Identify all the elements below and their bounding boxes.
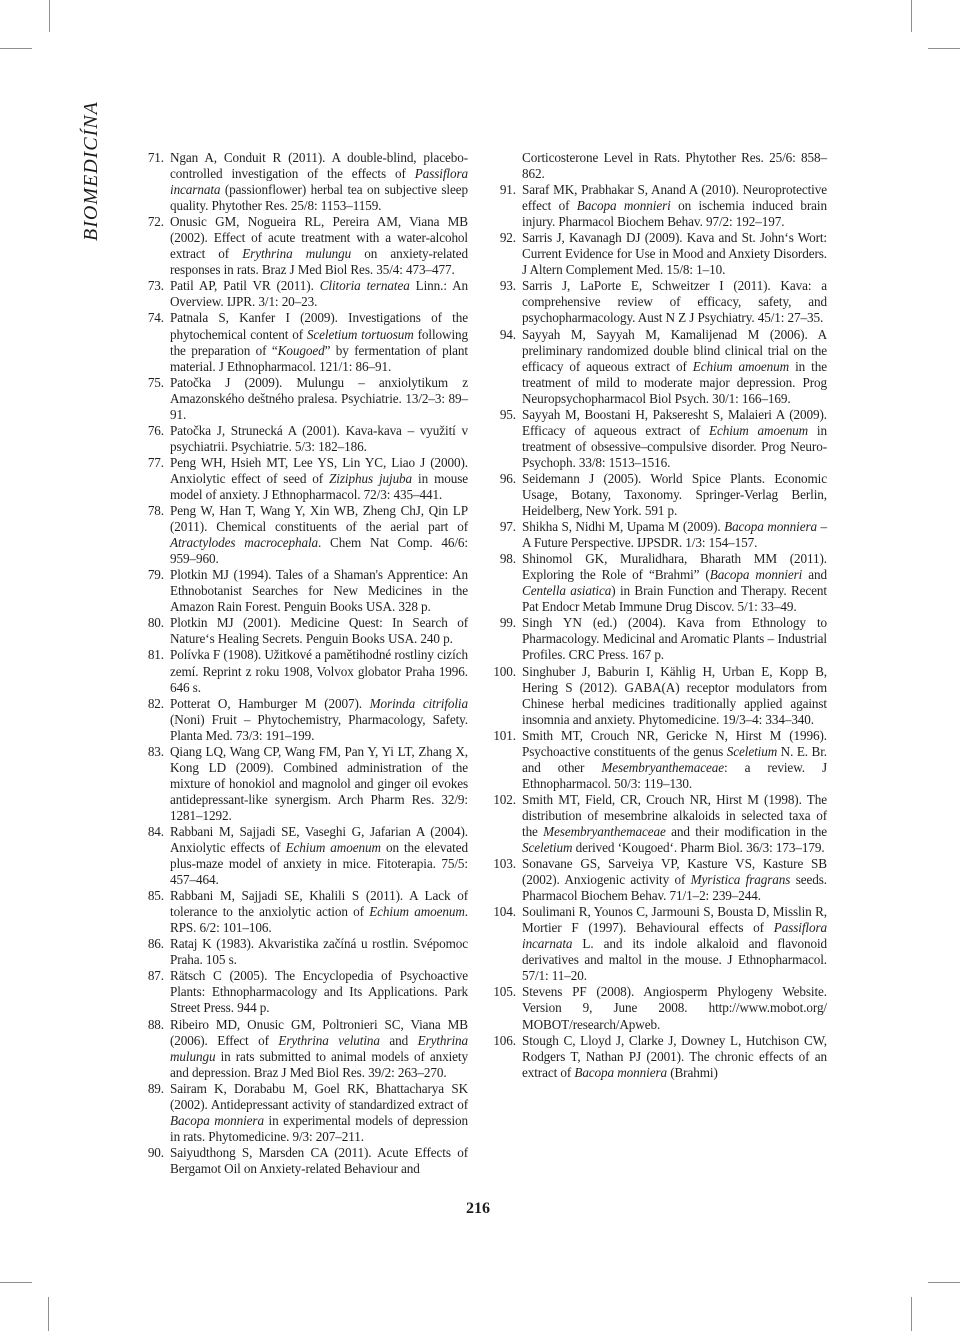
reference-item: 88.Ribeiro MD, Onusic GM, Poltronieri SC… (137, 1017, 468, 1081)
reference-text: Singh YN (ed.) (2004). Kava from Ethnolo… (522, 615, 827, 663)
reference-text: Corticosterone Level in Rats. Phytother … (522, 150, 827, 182)
reference-item: 105.Stevens PF (2008). Angiosperm Phylog… (489, 984, 827, 1032)
references-column-right: Corticosterone Level in Rats. Phytother … (489, 150, 827, 1081)
reference-text: Sarris J, Kavanagh DJ (2009). Kava and S… (522, 230, 827, 278)
reference-text: Rätsch C (2005). The Encyclopedia of Psy… (170, 968, 468, 1016)
reference-number: 98. (489, 551, 516, 615)
reference-text: Polívka F (1908). Užitkové a pamětihodné… (170, 647, 468, 695)
reference-number: 97. (489, 519, 516, 551)
reference-item: 106.Stough C, Lloyd J, Clarke J, Downey … (489, 1033, 827, 1081)
reference-text: Rabbani M, Sajjadi SE, Khalili S (2011).… (170, 888, 468, 936)
reference-item: 89.Sairam K, Dorababu M, Goel RK, Bhatta… (137, 1081, 468, 1145)
reference-text: Smith MT, Field, CR, Crouch NR, Hirst M … (522, 792, 827, 856)
crop-mark-bottom-left-vertical (48, 1297, 49, 1331)
reference-item: 98.Shinomol GK, Muralidhara, Bharath MM … (489, 551, 827, 615)
page-number: 216 (450, 1200, 506, 1218)
reference-number: 92. (489, 230, 516, 278)
reference-text: Patočka J (2009). Mulungu – anxiolytikum… (170, 375, 468, 423)
reference-number (489, 150, 516, 182)
reference-number: 100. (489, 664, 516, 728)
reference-number: 94. (489, 327, 516, 407)
reference-item: 87.Rätsch C (2005). The Encyclopedia of … (137, 968, 468, 1016)
reference-text: Peng WH, Hsieh MT, Lee YS, Lin YC, Liao … (170, 455, 468, 503)
reference-text: Sonavane GS, Sarveiya VP, Kasture VS, Ka… (522, 856, 827, 904)
reference-item: 74.Patnala S, Kanfer I (2009). Investiga… (137, 310, 468, 374)
reference-text: Plotkin MJ (1994). Tales of a Shaman's A… (170, 567, 468, 615)
reference-number: 104. (489, 904, 516, 984)
reference-item: 99.Singh YN (ed.) (2004). Kava from Ethn… (489, 615, 827, 663)
reference-number: 88. (137, 1017, 164, 1081)
references-column-left: 71.Ngan A, Conduit R (2011). A double-bl… (137, 150, 468, 1177)
reference-text: Patnala S, Kanfer I (2009). Investigatio… (170, 310, 468, 374)
crop-mark-top-right-horizontal (928, 48, 960, 49)
reference-text: Onusic GM, Nogueira RL, Pereira AM, Vian… (170, 214, 468, 278)
reference-number: 73. (137, 278, 164, 310)
reference-number: 96. (489, 471, 516, 519)
reference-text: Patočka J, Strunecká A (2001). Kava-kava… (170, 423, 468, 455)
reference-item: 95.Sayyah M, Boostani H, Pakseresht S, M… (489, 407, 827, 471)
reference-item: 96.Seidemann J (2005). World Spice Plant… (489, 471, 827, 519)
reference-text: Peng W, Han T, Wang Y, Xin WB, Zheng ChJ… (170, 503, 468, 567)
crop-mark-bottom-right-horizontal (928, 1282, 960, 1283)
reference-number: 99. (489, 615, 516, 663)
reference-item: 80.Plotkin MJ (2001). Medicine Quest: In… (137, 615, 468, 647)
reference-item: Corticosterone Level in Rats. Phytother … (489, 150, 827, 182)
reference-text: Smith MT, Crouch NR, Gericke N, Hirst M … (522, 728, 827, 792)
reference-item: 100.Singhuber J, Baburin I, Kählig H, Ur… (489, 664, 827, 728)
reference-item: 79.Plotkin MJ (1994). Tales of a Shaman'… (137, 567, 468, 615)
reference-number: 102. (489, 792, 516, 856)
reference-text: Stevens PF (2008). Angiosperm Phylogeny … (522, 984, 827, 1032)
reference-number: 81. (137, 647, 164, 695)
reference-item: 97.Shikha S, Nidhi M, Upama M (2009). Ba… (489, 519, 827, 551)
reference-number: 83. (137, 744, 164, 824)
reference-number: 90. (137, 1145, 164, 1177)
reference-text: Plotkin MJ (2001). Medicine Quest: In Se… (170, 615, 468, 647)
reference-item: 71.Ngan A, Conduit R (2011). A double-bl… (137, 150, 468, 214)
reference-text: Saraf MK, Prabhakar S, Anand A (2010). N… (522, 182, 827, 230)
reference-text: Ribeiro MD, Onusic GM, Poltronieri SC, V… (170, 1017, 468, 1081)
reference-number: 78. (137, 503, 164, 567)
crop-mark-bottom-right-vertical (911, 1297, 912, 1331)
reference-item: 102.Smith MT, Field, CR, Crouch NR, Hirs… (489, 792, 827, 856)
reference-number: 86. (137, 936, 164, 968)
reference-number: 80. (137, 615, 164, 647)
reference-item: 86.Rataj K (1983). Akvaristika začíná u … (137, 936, 468, 968)
journal-side-label: BIOMEDICÍNA (80, 101, 103, 241)
reference-number: 89. (137, 1081, 164, 1145)
reference-number: 76. (137, 423, 164, 455)
reference-number: 103. (489, 856, 516, 904)
reference-text: Shikha S, Nidhi M, Upama M (2009). Bacop… (522, 519, 827, 551)
reference-text: Sairam K, Dorababu M, Goel RK, Bhattacha… (170, 1081, 468, 1145)
reference-item: 103.Sonavane GS, Sarveiya VP, Kasture VS… (489, 856, 827, 904)
reference-item: 90.Saiyudthong S, Marsden CA (2011). Acu… (137, 1145, 468, 1177)
crop-mark-top-right-vertical (911, 0, 912, 32)
reference-text: Potterat O, Hamburger M (2007). Morinda … (170, 696, 468, 744)
reference-number: 91. (489, 182, 516, 230)
reference-item: 93.Sarris J, LaPorte E, Schweitzer I (20… (489, 278, 827, 326)
reference-text: Qiang LQ, Wang CP, Wang FM, Pan Y, Yi LT… (170, 744, 468, 824)
reference-item: 73.Patil AP, Patil VR (2011). Clitoria t… (137, 278, 468, 310)
reference-item: 75.Patočka J (2009). Mulungu – anxiolyti… (137, 375, 468, 423)
reference-item: 78.Peng W, Han T, Wang Y, Xin WB, Zheng … (137, 503, 468, 567)
reference-item: 101.Smith MT, Crouch NR, Gericke N, Hirs… (489, 728, 827, 792)
reference-item: 82.Potterat O, Hamburger M (2007). Morin… (137, 696, 468, 744)
reference-text: Saiyudthong S, Marsden CA (2011). Acute … (170, 1145, 468, 1177)
reference-item: 81.Polívka F (1908). Užitkové a pamětiho… (137, 647, 468, 695)
reference-item: 94.Sayyah M, Sayyah M, Kamalijenad M (20… (489, 327, 827, 407)
reference-number: 87. (137, 968, 164, 1016)
reference-number: 72. (137, 214, 164, 278)
reference-text: Patil AP, Patil VR (2011). Clitoria tern… (170, 278, 468, 310)
reference-number: 79. (137, 567, 164, 615)
reference-number: 77. (137, 455, 164, 503)
crop-mark-top-left-vertical (49, 0, 50, 32)
reference-text: Singhuber J, Baburin I, Kählig H, Urban … (522, 664, 827, 728)
reference-number: 95. (489, 407, 516, 471)
reference-number: 93. (489, 278, 516, 326)
reference-text: Sayyah M, Sayyah M, Kamalijenad M (2006)… (522, 327, 827, 407)
reference-item: 84.Rabbani M, Sajjadi SE, Vaseghi G, Jaf… (137, 824, 468, 888)
reference-text: Sarris J, LaPorte E, Schweitzer I (2011)… (522, 278, 827, 326)
journal-page: BIOMEDICÍNA 71.Ngan A, Conduit R (2011).… (0, 0, 960, 1331)
reference-text: Rabbani M, Sajjadi SE, Vaseghi G, Jafari… (170, 824, 468, 888)
reference-item: 77.Peng WH, Hsieh MT, Lee YS, Lin YC, Li… (137, 455, 468, 503)
reference-number: 106. (489, 1033, 516, 1081)
reference-number: 84. (137, 824, 164, 888)
reference-item: 83.Qiang LQ, Wang CP, Wang FM, Pan Y, Yi… (137, 744, 468, 824)
reference-item: 92.Sarris J, Kavanagh DJ (2009). Kava an… (489, 230, 827, 278)
crop-mark-bottom-left-horizontal (0, 1282, 32, 1283)
reference-number: 105. (489, 984, 516, 1032)
reference-text: Rataj K (1983). Akvaristika začíná u ros… (170, 936, 468, 968)
reference-number: 74. (137, 310, 164, 374)
reference-number: 101. (489, 728, 516, 792)
reference-number: 71. (137, 150, 164, 214)
reference-number: 82. (137, 696, 164, 744)
reference-number: 75. (137, 375, 164, 423)
crop-mark-top-left-horizontal (0, 48, 32, 49)
reference-text: Soulimani R, Younos C, Jarmouni S, Boust… (522, 904, 827, 984)
reference-text: Stough C, Lloyd J, Clarke J, Downey L, H… (522, 1033, 827, 1081)
reference-text: Ngan A, Conduit R (2011). A double-blind… (170, 150, 468, 214)
reference-item: 104.Soulimani R, Younos C, Jarmouni S, B… (489, 904, 827, 984)
reference-text: Seidemann J (2005). World Spice Plants. … (522, 471, 827, 519)
reference-item: 91.Saraf MK, Prabhakar S, Anand A (2010)… (489, 182, 827, 230)
reference-item: 76.Patočka J, Strunecká A (2001). Kava-k… (137, 423, 468, 455)
reference-item: 72.Onusic GM, Nogueira RL, Pereira AM, V… (137, 214, 468, 278)
reference-item: 85.Rabbani M, Sajjadi SE, Khalili S (201… (137, 888, 468, 936)
reference-number: 85. (137, 888, 164, 936)
reference-text: Sayyah M, Boostani H, Pakseresht S, Mala… (522, 407, 827, 471)
reference-text: Shinomol GK, Muralidhara, Bharath MM (20… (522, 551, 827, 615)
